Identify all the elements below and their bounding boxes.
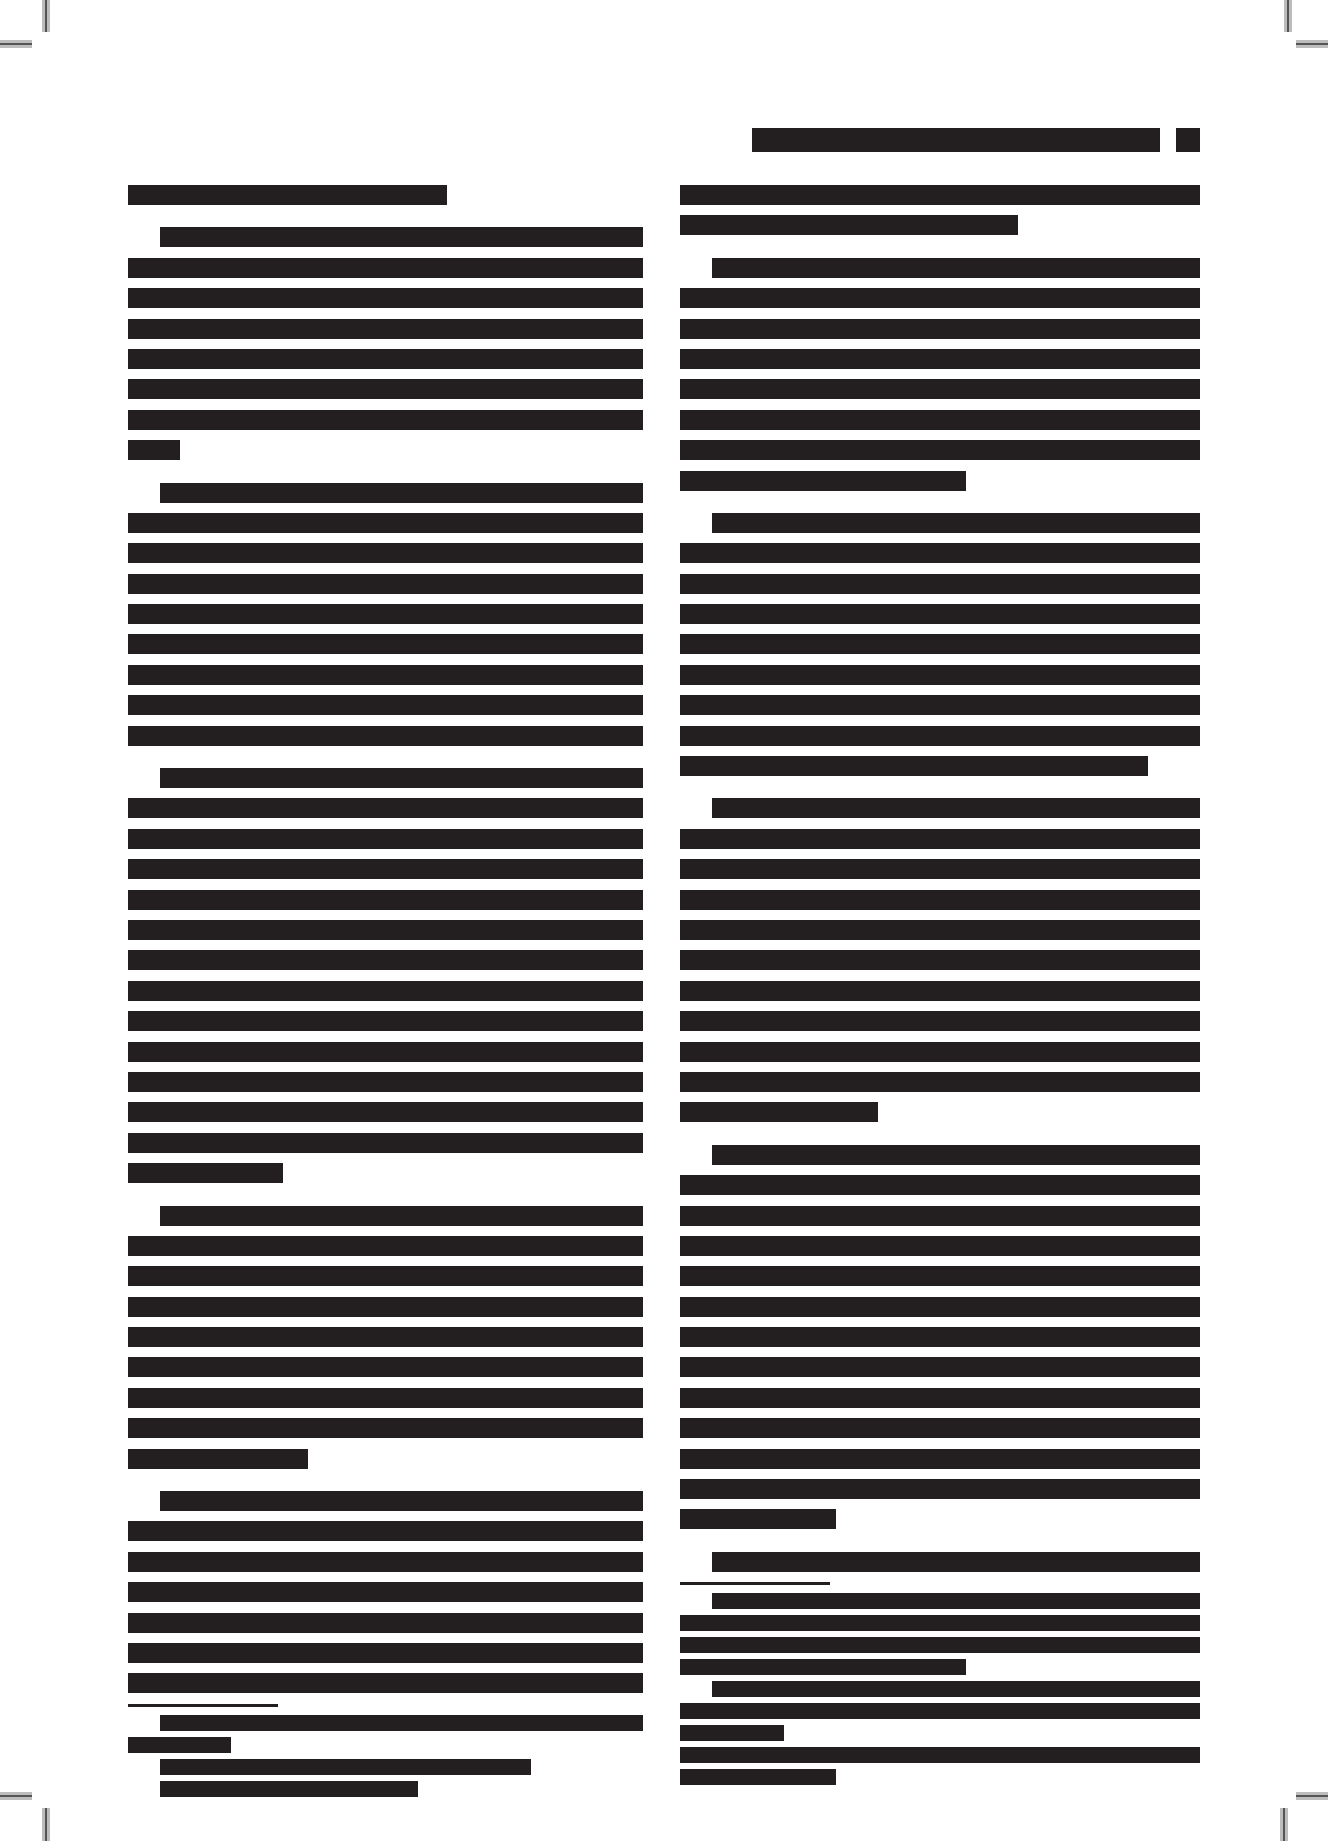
- redacted-text-line: [128, 890, 643, 910]
- redacted-footnote-line: [680, 1659, 966, 1675]
- redacted-text-line: [128, 1133, 643, 1153]
- redacted-text-line: [680, 288, 1200, 308]
- redacted-text-line: [680, 1418, 1200, 1438]
- redacted-text-line: [680, 829, 1200, 849]
- footnote: [680, 1681, 1200, 1741]
- footnote-rule: [680, 1582, 830, 1585]
- paragraph: [680, 1552, 1200, 1572]
- redacted-text-line: [128, 1418, 643, 1438]
- redacted-text-line: [680, 379, 1200, 399]
- redacted-text-line: [712, 1145, 1200, 1165]
- footnote: [128, 1759, 643, 1775]
- redacted-text-line: [680, 859, 1200, 879]
- redacted-text-line: [128, 1327, 643, 1347]
- crop-mark-top-left-horizontal: [0, 40, 32, 48]
- redacted-text-line: [128, 513, 643, 533]
- paragraph: [128, 1491, 643, 1693]
- redacted-footnote-line: [680, 1615, 1200, 1631]
- right-column: [680, 185, 1200, 1791]
- redacted-text-line: [680, 1072, 1200, 1092]
- redacted-text-line: [680, 1357, 1200, 1377]
- redacted-text-line: [680, 1042, 1200, 1062]
- footnote: [680, 1747, 1200, 1785]
- redacted-footnote-line: [160, 1715, 643, 1731]
- redacted-text-line: [680, 543, 1200, 563]
- redacted-footnote-line: [680, 1725, 784, 1741]
- redacted-footnote-line: [160, 1759, 531, 1775]
- redacted-text-line: [160, 227, 643, 247]
- redacted-text-line: [680, 471, 966, 491]
- redacted-text-line: [680, 1236, 1200, 1256]
- paragraph: [680, 258, 1200, 491]
- redacted-text-line: [128, 859, 643, 879]
- paragraph: [680, 513, 1200, 776]
- redacted-text-line: [160, 768, 643, 788]
- redacted-text-line: [128, 726, 643, 746]
- redacted-text-line: [680, 440, 1200, 460]
- paragraph-gap: [680, 501, 1200, 513]
- redacted-text-line: [128, 1011, 643, 1031]
- redacted-text-line: [680, 981, 1200, 1001]
- page-number: [1176, 128, 1200, 152]
- redacted-text-line: [128, 1673, 643, 1693]
- redacted-text-line: [680, 756, 1148, 776]
- redacted-footnote-line: [712, 1593, 1200, 1609]
- redacted-text-line: [128, 1102, 643, 1122]
- redacted-text-line: [680, 920, 1200, 940]
- crop-mark-top-right-vertical: [1284, 0, 1292, 32]
- redacted-text-line: [160, 1491, 643, 1511]
- redacted-text-line: [128, 950, 643, 970]
- redacted-text-line: [680, 1266, 1200, 1286]
- redacted-text-line: [680, 215, 1018, 235]
- redacted-text-line: [128, 1236, 643, 1256]
- crop-mark-bottom-left-horizontal: [0, 1792, 32, 1800]
- paragraph-gap: [128, 1194, 643, 1206]
- redacted-text-line: [680, 1509, 836, 1529]
- paragraph-gap: [128, 1479, 643, 1491]
- paragraph-gap: [680, 246, 1200, 258]
- redacted-text-line: [128, 185, 447, 205]
- redacted-text-line: [128, 665, 643, 685]
- redacted-text-line: [680, 726, 1200, 746]
- redacted-text-line: [680, 1449, 1200, 1469]
- redacted-text-line: [712, 258, 1200, 278]
- crop-mark-bottom-right-horizontal: [1296, 1792, 1328, 1800]
- paragraph: [128, 768, 643, 1183]
- redacted-text-line: [680, 1175, 1200, 1195]
- redacted-text-line: [680, 1011, 1200, 1031]
- running-header: [752, 128, 1160, 152]
- redacted-text-line: [128, 634, 643, 654]
- paragraph-gap: [680, 1540, 1200, 1552]
- paragraph-gap: [680, 1133, 1200, 1145]
- redacted-text-line: [712, 513, 1200, 533]
- crop-mark-top-left-vertical: [42, 0, 50, 32]
- redacted-text-line: [128, 981, 643, 1001]
- redacted-text-line: [680, 665, 1200, 685]
- redacted-text-line: [680, 1479, 1200, 1499]
- redacted-footnote-line: [160, 1781, 418, 1797]
- left-column: [128, 185, 643, 1803]
- redacted-text-line: [680, 634, 1200, 654]
- redacted-text-line: [128, 1521, 643, 1541]
- redacted-text-line: [680, 950, 1200, 970]
- redacted-text-line: [680, 349, 1200, 369]
- redacted-text-line: [128, 1266, 643, 1286]
- redacted-text-line: [128, 920, 643, 940]
- redacted-text-line: [680, 410, 1200, 430]
- redacted-footnote-line: [680, 1747, 1200, 1763]
- redacted-text-line: [680, 890, 1200, 910]
- redacted-text-line: [128, 1297, 643, 1317]
- redacted-footnote-line: [128, 1737, 231, 1753]
- paragraph-gap: [680, 786, 1200, 798]
- redacted-text-line: [128, 288, 643, 308]
- redacted-text-line: [128, 604, 643, 624]
- redacted-text-line: [680, 695, 1200, 715]
- redacted-text-line: [680, 574, 1200, 594]
- footnote-rule: [128, 1704, 278, 1707]
- redacted-text-line: [680, 185, 1200, 205]
- redacted-text-line: [680, 604, 1200, 624]
- footnote: [128, 1781, 643, 1797]
- redacted-text-line: [128, 1613, 643, 1633]
- redacted-text-line: [680, 319, 1200, 339]
- redacted-text-line: [128, 1449, 308, 1469]
- redacted-text-line: [160, 483, 643, 503]
- redacted-text-line: [128, 319, 643, 339]
- crop-mark-bottom-left-vertical: [42, 1808, 50, 1841]
- redacted-text-line: [712, 798, 1200, 818]
- paragraph: [128, 483, 643, 746]
- crop-mark-top-right-horizontal: [1296, 40, 1328, 48]
- redacted-text-line: [712, 1552, 1200, 1572]
- redacted-text-line: [128, 695, 643, 715]
- redacted-text-line: [128, 829, 643, 849]
- paragraph-gap: [128, 215, 643, 227]
- redacted-text-line: [128, 1163, 283, 1183]
- redacted-text-line: [128, 440, 180, 460]
- redacted-text-line: [128, 574, 643, 594]
- paragraph-gap: [128, 471, 643, 483]
- redacted-text-line: [128, 379, 643, 399]
- redacted-text-line: [128, 349, 643, 369]
- redacted-text-line: [128, 1357, 643, 1377]
- paragraph: [680, 1145, 1200, 1530]
- crop-mark-bottom-right-vertical: [1280, 1808, 1288, 1841]
- paragraph: [680, 798, 1200, 1122]
- redacted-text-line: [680, 1297, 1200, 1317]
- paragraph-gap: [128, 756, 643, 768]
- paragraph: [128, 185, 643, 205]
- redacted-text-line: [128, 1582, 643, 1602]
- redacted-footnote-line: [680, 1703, 1200, 1719]
- redacted-footnote-line: [680, 1769, 836, 1785]
- redacted-text-line: [680, 1388, 1200, 1408]
- redacted-text-line: [128, 1552, 643, 1572]
- paragraph: [128, 1206, 643, 1469]
- redacted-text-line: [128, 1388, 643, 1408]
- redacted-text-line: [128, 1643, 643, 1663]
- redacted-text-line: [680, 1327, 1200, 1347]
- paragraph: [680, 185, 1200, 235]
- redacted-text-line: [128, 1042, 643, 1062]
- paragraph: [128, 227, 643, 460]
- footnote: [128, 1715, 643, 1753]
- redacted-text-line: [680, 1206, 1200, 1226]
- redacted-text-line: [128, 543, 643, 563]
- redacted-text-line: [680, 1102, 878, 1122]
- redacted-text-line: [128, 1072, 643, 1092]
- redacted-footnote-line: [712, 1681, 1200, 1697]
- redacted-text-line: [128, 410, 643, 430]
- redacted-text-line: [128, 258, 643, 278]
- redacted-footnote-line: [680, 1637, 1200, 1653]
- redacted-text-line: [128, 798, 643, 818]
- redacted-text-line: [160, 1206, 643, 1226]
- footnote: [680, 1593, 1200, 1675]
